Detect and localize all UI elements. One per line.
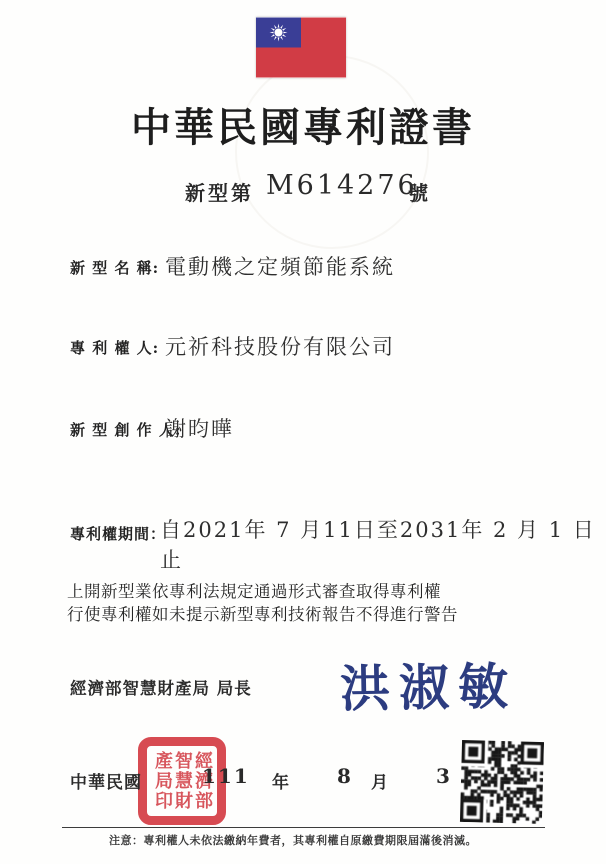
date-month-unit: 月	[371, 768, 388, 793]
field-value-patent-term: 自2021年 7 月11日至2031年 2 月 1 日止	[160, 514, 606, 574]
legal-note-line-1: 上開新型業依專利法規定通過形式審查取得專利權	[67, 580, 458, 603]
field-value-model-name: 電動機之定頻節能系統	[165, 251, 395, 281]
date-day: 3	[436, 764, 450, 788]
field-label-patent-term: 專利權期間：	[70, 523, 166, 544]
certificate-title: 中華民國專利證書	[0, 96, 606, 153]
cert-number: M614276	[266, 170, 418, 201]
patent-certificate-page: 中華民國專利證書 新型第 M614276 號 新 型 名 稱: 電動機之定頻節能…	[0, 0, 606, 864]
date-month: 8	[337, 764, 351, 788]
seal-column-2: 智慧財	[172, 751, 192, 811]
footer-divider-line	[62, 827, 545, 828]
footer-note: 注意：專利權人未依法繳納年費者，其專利權自原繳費期限屆滿後消滅。	[0, 832, 586, 848]
director-signature: 洪淑敏	[339, 646, 517, 721]
field-value-creator: 謝昀曄	[165, 413, 234, 443]
legal-notes: 上開新型業依專利法規定通過形式審查取得專利權 行使專利權如未提示新型專利技術報告…	[67, 580, 458, 626]
seal-column-3: 產局印	[152, 751, 172, 811]
date-era: 中華民國	[70, 768, 142, 793]
taiwan-flag-image	[256, 17, 346, 78]
legal-note-line-2: 行使專利權如未提示新型專利技術報告不得進行警告	[67, 603, 458, 626]
qr-code	[460, 740, 544, 824]
field-value-patentee: 元祈科技股份有限公司	[165, 331, 395, 361]
date-year-unit: 年	[272, 768, 289, 793]
date-year: 111	[202, 764, 250, 788]
field-label-patentee: 專 利 權 人:	[70, 337, 159, 358]
issuer-office-title: 經濟部智慧財產局 局長	[70, 675, 252, 699]
cert-number-suffix: 號	[408, 177, 428, 206]
field-label-model-name: 新 型 名 稱:	[70, 257, 159, 278]
cert-number-prefix: 新型第	[185, 177, 254, 206]
